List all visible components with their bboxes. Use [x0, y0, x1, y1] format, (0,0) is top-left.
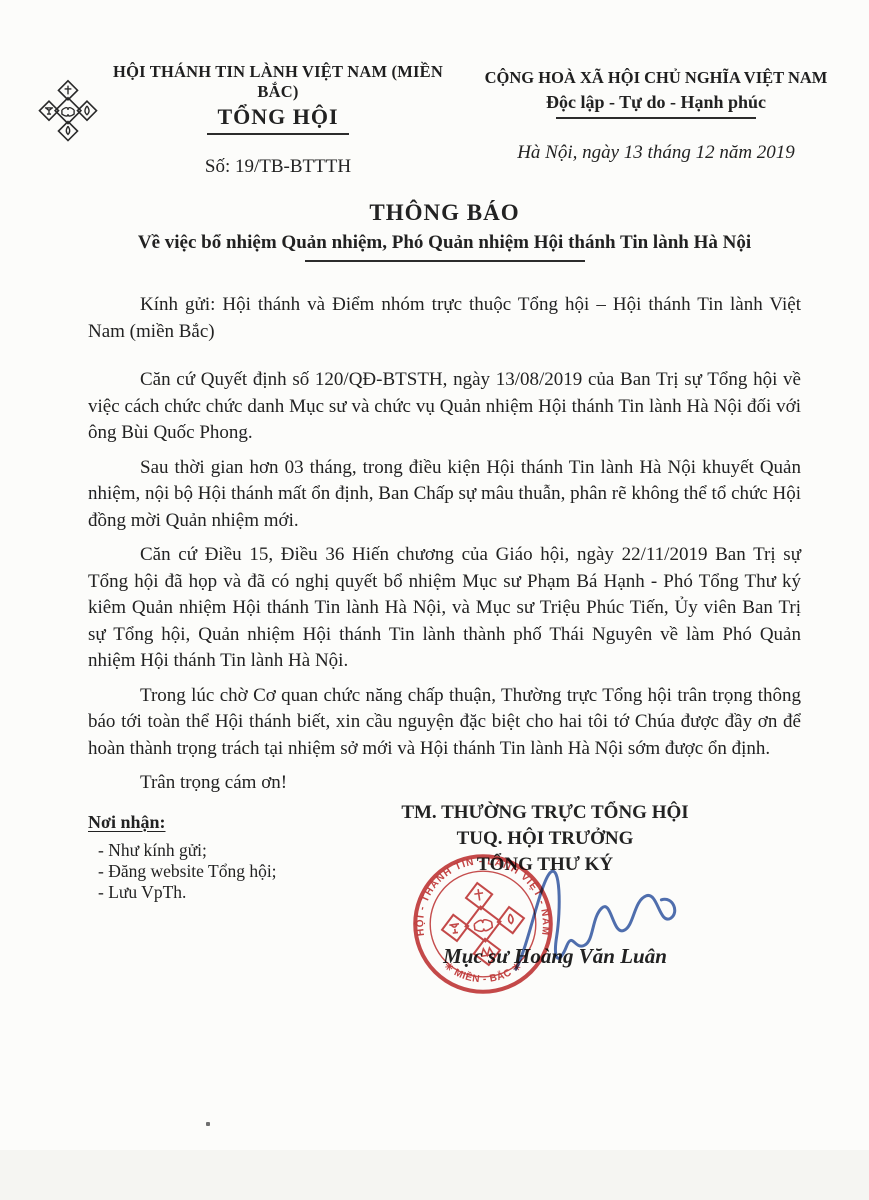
handwritten-signature-icon [494, 840, 683, 982]
recipient-item: - Đăng website Tổng hội; [98, 861, 277, 882]
authority-line: TM. THƯỜNG TRỰC TỔNG HỘI [390, 800, 700, 826]
document-number: Số: 19/TB-BTTTH [92, 156, 464, 178]
letter-body: Kính gửi: Hội thánh và Điểm nhóm trực th… [88, 292, 801, 805]
recipients-list: - Như kính gửi; - Đăng website Tổng hội;… [88, 840, 277, 903]
subtitle-underline [305, 260, 585, 262]
salutation: Kính gửi: Hội thánh và Điểm nhóm trực th… [88, 292, 801, 345]
national-motto: Độc lập - Tự do - Hạnh phúc [470, 92, 842, 113]
national-header: CỘNG HOÀ XÃ HỘI CHỦ NGHĨA VIỆT NAM Độc l… [470, 68, 842, 164]
recipients-heading: Nơi nhận: [88, 812, 277, 833]
scan-shadow-band [0, 1150, 869, 1200]
title-block: THÔNG BÁO Về việc bổ nhiệm Quản nhiệm, P… [88, 200, 801, 262]
sender-header: HỘI THÁNH TIN LÀNH VIỆT NAM (MIỀN BẮC) T… [92, 62, 464, 178]
paragraph: Căn cứ Điều 15, Điều 36 Hiến chương của … [88, 542, 801, 675]
org-name: HỘI THÁNH TIN LÀNH VIỆT NAM (MIỀN BẮC) [92, 62, 464, 102]
scanned-letter-page: HỘI THÁNH TIN LÀNH VIỆT NAM (MIỀN BẮC) T… [0, 0, 869, 1200]
org-subname: TỔNG HỘI [92, 104, 464, 130]
document-title: THÔNG BÁO [88, 200, 801, 226]
paragraph: Căn cứ Quyết định số 120/QĐ-BTSTH, ngày … [88, 367, 801, 447]
national-title: CỘNG HOÀ XÃ HỘI CHỦ NGHĨA VIỆT NAM [470, 68, 842, 88]
motto-underline [556, 117, 756, 119]
recipients-block: Nơi nhận: - Như kính gửi; - Đăng website… [88, 812, 277, 903]
recipient-item: - Như kính gửi; [98, 840, 277, 861]
paragraph: Trong lúc chờ Cơ quan chức năng chấp thu… [88, 683, 801, 763]
paragraph: Sau thời gian hơn 03 tháng, trong điều k… [88, 455, 801, 535]
document-subtitle: Về việc bổ nhiệm Quản nhiệm, Phó Quản nh… [88, 232, 801, 254]
recipient-item: - Lưu VpTh. [98, 882, 277, 903]
scan-speck [206, 1122, 210, 1126]
dateline: Hà Nội, ngày 13 tháng 12 năm 2019 [470, 142, 842, 164]
closing-line: Trân trọng cám ơn! [88, 770, 801, 797]
org-underline [207, 133, 349, 135]
